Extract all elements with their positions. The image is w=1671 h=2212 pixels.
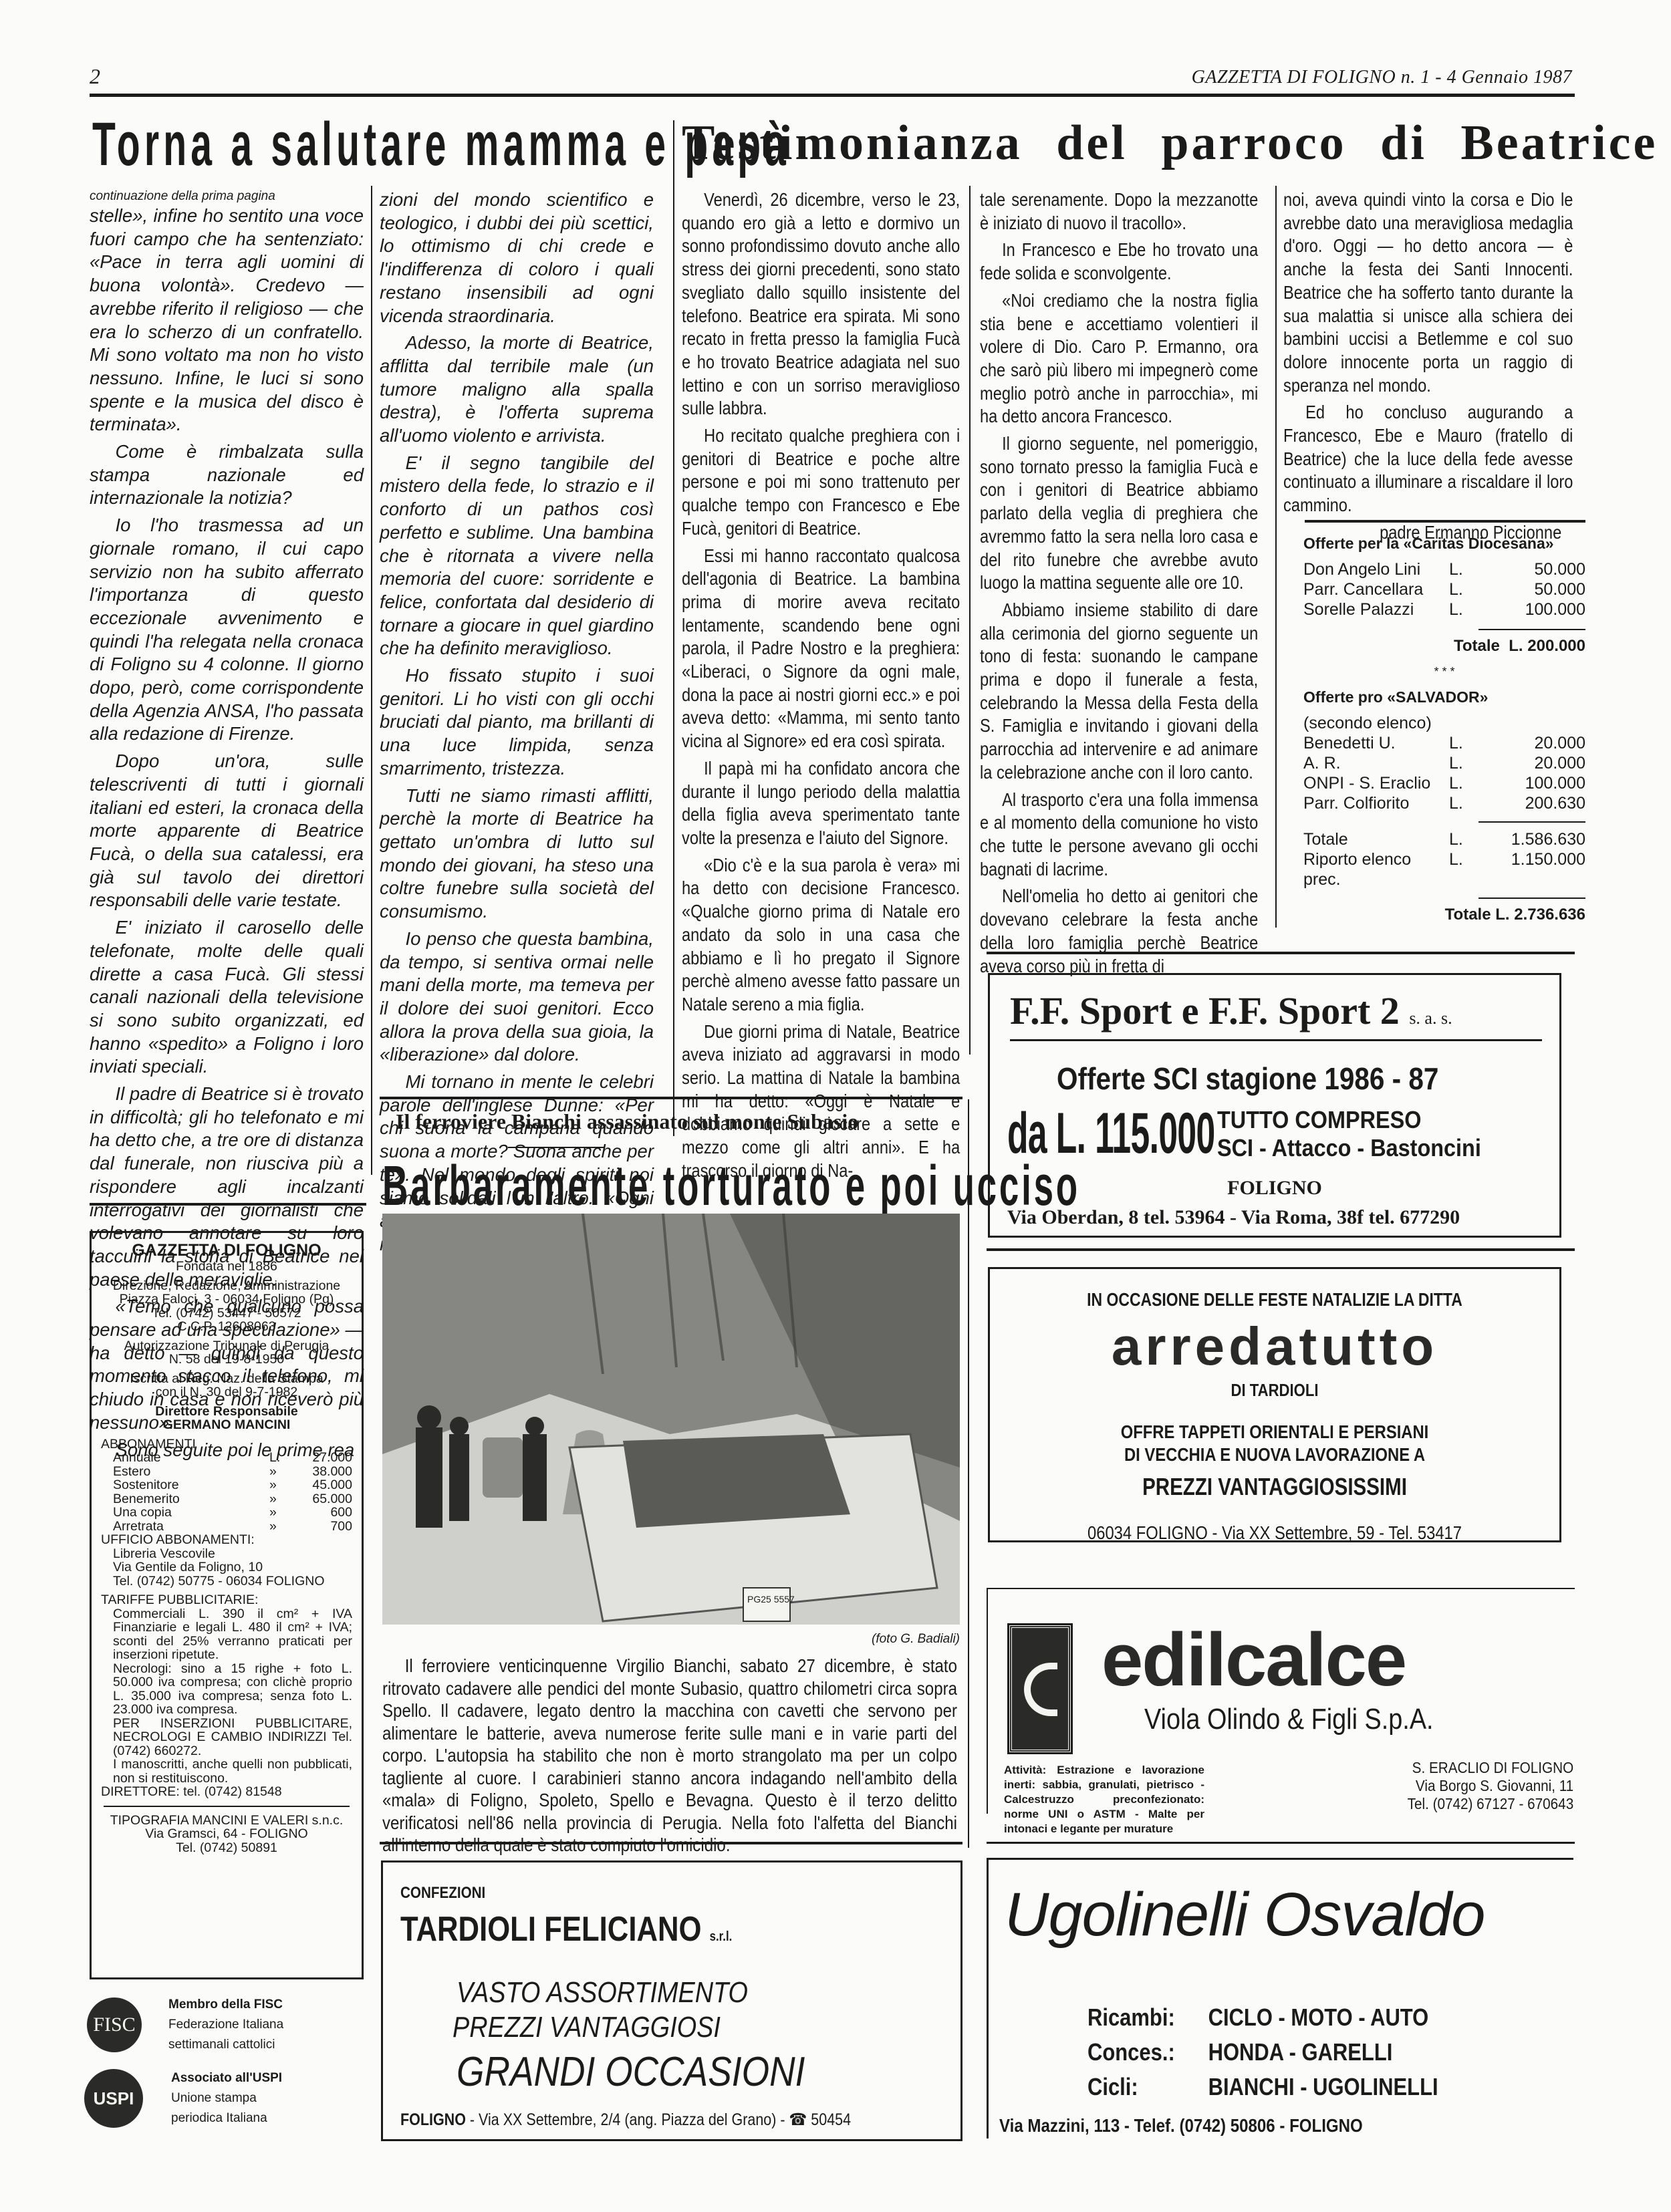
bianchi-kicker: Il ferroviere Bianchi assassinato sul mo… [396, 1109, 858, 1134]
donation-row: ONPI - S. EraclioL.100.000 [1303, 773, 1585, 793]
donation-row: Benedetti U.L.20.000 [1303, 733, 1585, 753]
donation-row: Parr. ColfioritoL.200.630 [1303, 793, 1585, 813]
ffsport-name: F.F. Sport e F.F. Sport 2 s. a. s. [1010, 988, 1452, 1033]
subscription-row: Una copia»600 [101, 1506, 352, 1520]
section-rule [380, 1097, 962, 1099]
bianchi-body: Il ferroviere venticinquenne Virgilio Bi… [382, 1655, 957, 1860]
column-divider [673, 120, 674, 1136]
imprint-title: GAZZETTA DI FOLIGNO [101, 1241, 352, 1260]
tardioli-address: FOLIGNO - Via XX Settembre, 2/4 (ang. Pi… [400, 2110, 851, 2130]
page-number: 2 [90, 64, 100, 89]
ffsport-price: da L. 115.000 [1007, 1101, 1215, 1167]
crime-scene-photo: PG25 5557 [382, 1214, 960, 1625]
salvador-total: Totale L. 2.736.636 [1303, 906, 1585, 924]
section-rule [987, 1248, 1575, 1251]
ad-ffsport: F.F. Sport e F.F. Sport 2 s. a. s. Offer… [988, 973, 1561, 1238]
subscription-row: Benemerito»65.000 [101, 1492, 352, 1506]
ffsport-city: FOLIGNO [990, 1177, 1559, 1200]
subscription-row: Sostenitore»45.000 [101, 1478, 352, 1492]
column-divider [969, 186, 971, 1055]
column-divider [371, 186, 372, 1175]
edilcalce-address: S. ERACLIO DI FOLIGNO Via Borgo S. Giova… [1407, 1759, 1573, 1813]
ffsport-address: Via Oberdan, 8 tel. 53964 - Via Roma, 38… [1007, 1206, 1460, 1229]
car-photo-illustration: PG25 5557 [382, 1214, 960, 1625]
ugolinelli-address: Via Mazzini, 113 - Telef. (0742) 50806 -… [999, 2115, 1363, 2136]
ugolinelli-rows: Ricambi:CICLO - MOTO - AUTO Conces.:HOND… [1087, 2000, 1438, 2104]
membership-fisc: FISC Membro della FISC Federazione Itali… [87, 1995, 368, 2055]
subscription-row: AnnualeL.27.000 [101, 1451, 352, 1465]
donation-row: Sorelle PalazziL.100.000 [1303, 599, 1585, 619]
ad-edilcalce: edilcalce Viola Olindo & Figli S.p.A. At… [987, 1589, 1573, 1814]
section-rule [380, 1842, 962, 1844]
ffsport-offer: Offerte SCI stagione 1986 - 87 [1057, 1061, 1438, 1097]
photo-credit: (foto G. Badiali) [872, 1632, 960, 1647]
imprint-box: GAZZETTA DI FOLIGNO Fondata nel 1886 Dir… [90, 1231, 364, 1979]
kicker-underline [508, 1147, 605, 1148]
header-rule [90, 94, 1575, 97]
caritas-title: Offerte per la «Caritas Diocesana» [1303, 535, 1585, 553]
license-plate: PG25 5557 [747, 1594, 795, 1605]
parroco-column-3: noi, aveva quindi vinto la corsa e Dio l… [1283, 188, 1573, 545]
ad-ugolinelli: Ugolinelli Osvaldo Ricambi:CICLO - MOTO … [987, 1858, 1573, 2138]
fisc-logo-icon: FISC [87, 1997, 142, 2052]
donation-row: Parr. CancellaraL.50.000 [1303, 579, 1585, 599]
continuation-note: continuazione della prima pagina [90, 188, 364, 204]
section-rule [1305, 520, 1585, 523]
headline-parroco: Testimonianza del parroco di Beatrice [682, 115, 1658, 172]
edilcalce-logo-icon [1009, 1625, 1071, 1752]
ad-tardioli: CONFEZIONI TARDIOLI FELICIANO s.r.l. VAS… [381, 1860, 962, 2141]
telephone-icon: ☎ [789, 2110, 807, 2129]
column-divider [1275, 186, 1277, 928]
subtotal-row: TotaleL.1.586.630 [1303, 829, 1585, 849]
salvador-title: Offerte pro «SALVADOR» [1303, 688, 1585, 706]
parroco-column-2: tale serenamente. Dopo la mezzanotte è i… [980, 188, 1258, 982]
donations-panel: Offerte per la «Caritas Diocesana» Don A… [1303, 535, 1585, 924]
caritas-total: Totale L. 200.000 [1303, 637, 1585, 656]
membership-uspi: USPI Associato all'USPI Unione stampa pe… [84, 2068, 365, 2128]
section-rule [987, 1842, 1575, 1844]
previous-row: Riporto elenco prec.L.1.150.000 [1303, 849, 1585, 889]
ugolinelli-name: Ugolinelli Osvaldo [1005, 1880, 1485, 1950]
arredatutto-logo: arredatutto [990, 1320, 1559, 1373]
ad-arredatutto: IN OCCASIONE DELLE FESTE NATALIZIE LA DI… [988, 1267, 1561, 1542]
column-divider [968, 1099, 969, 1848]
ffsport-included: TUTTO COMPRESO SCI - Attacco - Bastoncin… [1217, 1106, 1481, 1162]
subscription-row: Arretrata»700 [101, 1520, 352, 1534]
donation-row: A. R.L.20.000 [1303, 753, 1585, 773]
uspi-logo-icon: USPI [84, 2069, 143, 2128]
headline-bianchi: Barbaramente torturato e poi ucciso [382, 1153, 1080, 1218]
edilcalce-activity: Attività: Estrazione e lavorazione inert… [1004, 1763, 1204, 1836]
donation-row: Don Angelo LiniL.50.000 [1303, 559, 1585, 579]
parroco-column-1: Venerdì, 26 dicembre, verso le 23, quand… [682, 188, 960, 1187]
section-rule [90, 1203, 366, 1206]
masthead: GAZZETTA DI FOLIGNO n. 1 - 4 Gennaio 198… [1192, 67, 1572, 88]
edilcalce-company: Viola Olindo & Figli S.p.A. [1144, 1703, 1434, 1736]
edilcalce-brand: edilcalce [1102, 1620, 1406, 1700]
torna-column-2: zioni del mondo scientifico e teologico,… [380, 188, 654, 1260]
subscription-row: Estero»38.000 [101, 1465, 352, 1479]
separator: * * * [1303, 665, 1585, 679]
section-rule [987, 952, 1575, 954]
tardioli-name: TARDIOLI FELICIANO s.r.l. [400, 1909, 732, 1949]
